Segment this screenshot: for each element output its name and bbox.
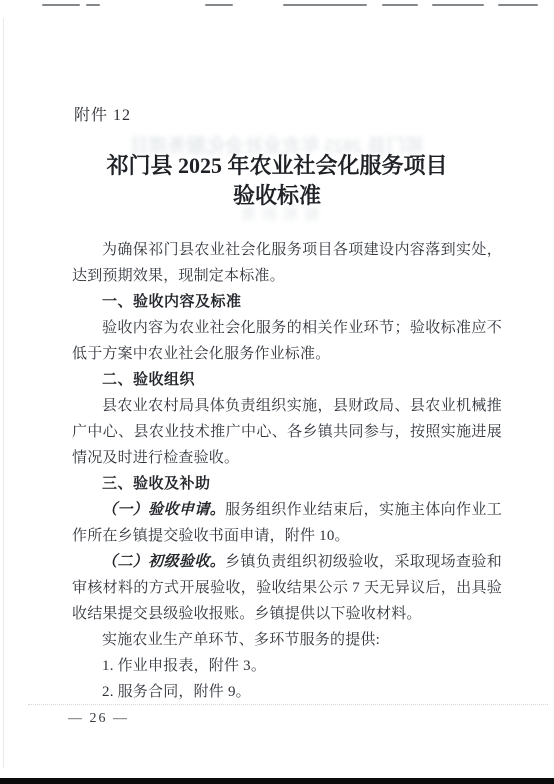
body-line: 低于方案中农业社会化服务作业标准。 (72, 341, 502, 367)
body-line: 为确保祁门县农业社会化服务项目各项建设内容落到实处， (72, 237, 502, 263)
section-heading: 二、验收组织 (72, 367, 502, 393)
body-line-text: 广中心、县农业技术推广中心、各乡镇共同参与，按照实施进展 (72, 424, 502, 440)
scan-artifact-dash (432, 4, 484, 6)
scan-artifact-dash (86, 4, 100, 6)
document-page: 祁门县 2025 年农业社会化服务项目 验收标准 附件 12 祁门县 2025 … (0, 0, 554, 784)
clause-lead: （二）初级验收。 (102, 554, 225, 570)
page-number: — 26 — (68, 711, 129, 727)
body-line: 情况及时进行检查验收。 (72, 445, 502, 471)
section-heading: 一、验收内容及标准 (72, 289, 502, 315)
body-line-text: 实施农业生产单环节、多环节服务的提供: (102, 632, 380, 648)
body-line-text: 1. 作业申报表，附件 3。 (102, 658, 266, 674)
body-line: 审核材料的方式开展验收，验收结果公示 7 天无异议后，出具验 (72, 575, 502, 601)
section-heading-text: 一、验收内容及标准 (102, 293, 242, 310)
body-line: （一）验收申请。服务组织作业结束后，实施主体向作业工 (72, 497, 502, 523)
document-title-line2: 验收标准 (0, 181, 554, 211)
body-line: 县农业农村局具体负责组织实施，县财政局、县农业机械推 (72, 393, 502, 419)
scan-artifact-bottom-bar (0, 778, 554, 784)
section-heading-text: 二、验收组织 (102, 371, 195, 388)
scan-artifact-dash (283, 4, 367, 6)
section-heading-text: 三、验收及补助 (102, 475, 211, 492)
body-line-text: 验收内容为农业社会化服务的相关作业环节；验收标准应不 (102, 320, 502, 336)
scan-artifact-dash (42, 4, 80, 6)
section-heading: 三、验收及补助 (72, 471, 502, 497)
document-title: 祁门县 2025 年农业社会化服务项目 验收标准 (0, 151, 554, 211)
body-line: 收结果提交县级验收报账。乡镇提供以下验收材料。 (72, 601, 502, 627)
body-line: 2. 服务合同，附件 9。 (72, 679, 502, 705)
body-line-text: 2. 服务合同，附件 9。 (102, 684, 251, 700)
scan-artifact-left-edge (3, 18, 4, 768)
body-line-text: 为确保祁门县农业社会化服务项目各项建设内容落到实处， (102, 242, 502, 258)
scan-artifact-dash (382, 4, 418, 6)
body-line-text: 审核材料的方式开展验收，验收结果公示 7 天无异议后，出具验 (72, 580, 502, 596)
body-line-text: 作所在乡镇提交验收书面申请，附件 10。 (72, 528, 350, 544)
body-line-text: 县农业农村局具体负责组织实施，县财政局、县农业机械推 (102, 398, 502, 414)
body-line-text: 低于方案中农业社会化服务作业标准。 (72, 346, 330, 362)
document-title-line1: 祁门县 2025 年农业社会化服务项目 (0, 151, 554, 181)
scan-artifact-dash (205, 4, 233, 6)
body-line: 实施农业生产单环节、多环节服务的提供: (72, 627, 502, 653)
body-line: 达到预期效果，现制定本标准。 (72, 263, 502, 289)
scan-artifact-dash (498, 4, 538, 6)
body-line-text: 情况及时进行检查验收。 (72, 450, 239, 466)
body-line: 1. 作业申报表，附件 3。 (72, 653, 502, 679)
body-line: （二）初级验收。乡镇负责组织初级验收，采取现场查验和 (72, 549, 502, 575)
body-line: 广中心、县农业技术推广中心、各乡镇共同参与，按照实施进展 (72, 419, 502, 445)
body-line: 验收内容为农业社会化服务的相关作业环节；验收标准应不 (72, 315, 502, 341)
body-line: 作所在乡镇提交验收书面申请，附件 10。 (72, 523, 502, 549)
document-body: 为确保祁门县农业社会化服务项目各项建设内容落到实处， 达到预期效果，现制定本标准… (72, 237, 502, 705)
body-line-text: 乡镇负责组织初级验收，采取现场查验和 (225, 554, 502, 570)
clause-lead: （一）验收申请。 (102, 502, 225, 518)
body-line-text: 收结果提交县级验收报账。乡镇提供以下验收材料。 (72, 606, 422, 622)
body-line-text: 达到预期效果，现制定本标准。 (72, 268, 285, 284)
body-line-text: 服务组织作业结束后，实施主体向作业工 (225, 502, 502, 518)
attachment-label: 附件 12 (74, 102, 131, 125)
